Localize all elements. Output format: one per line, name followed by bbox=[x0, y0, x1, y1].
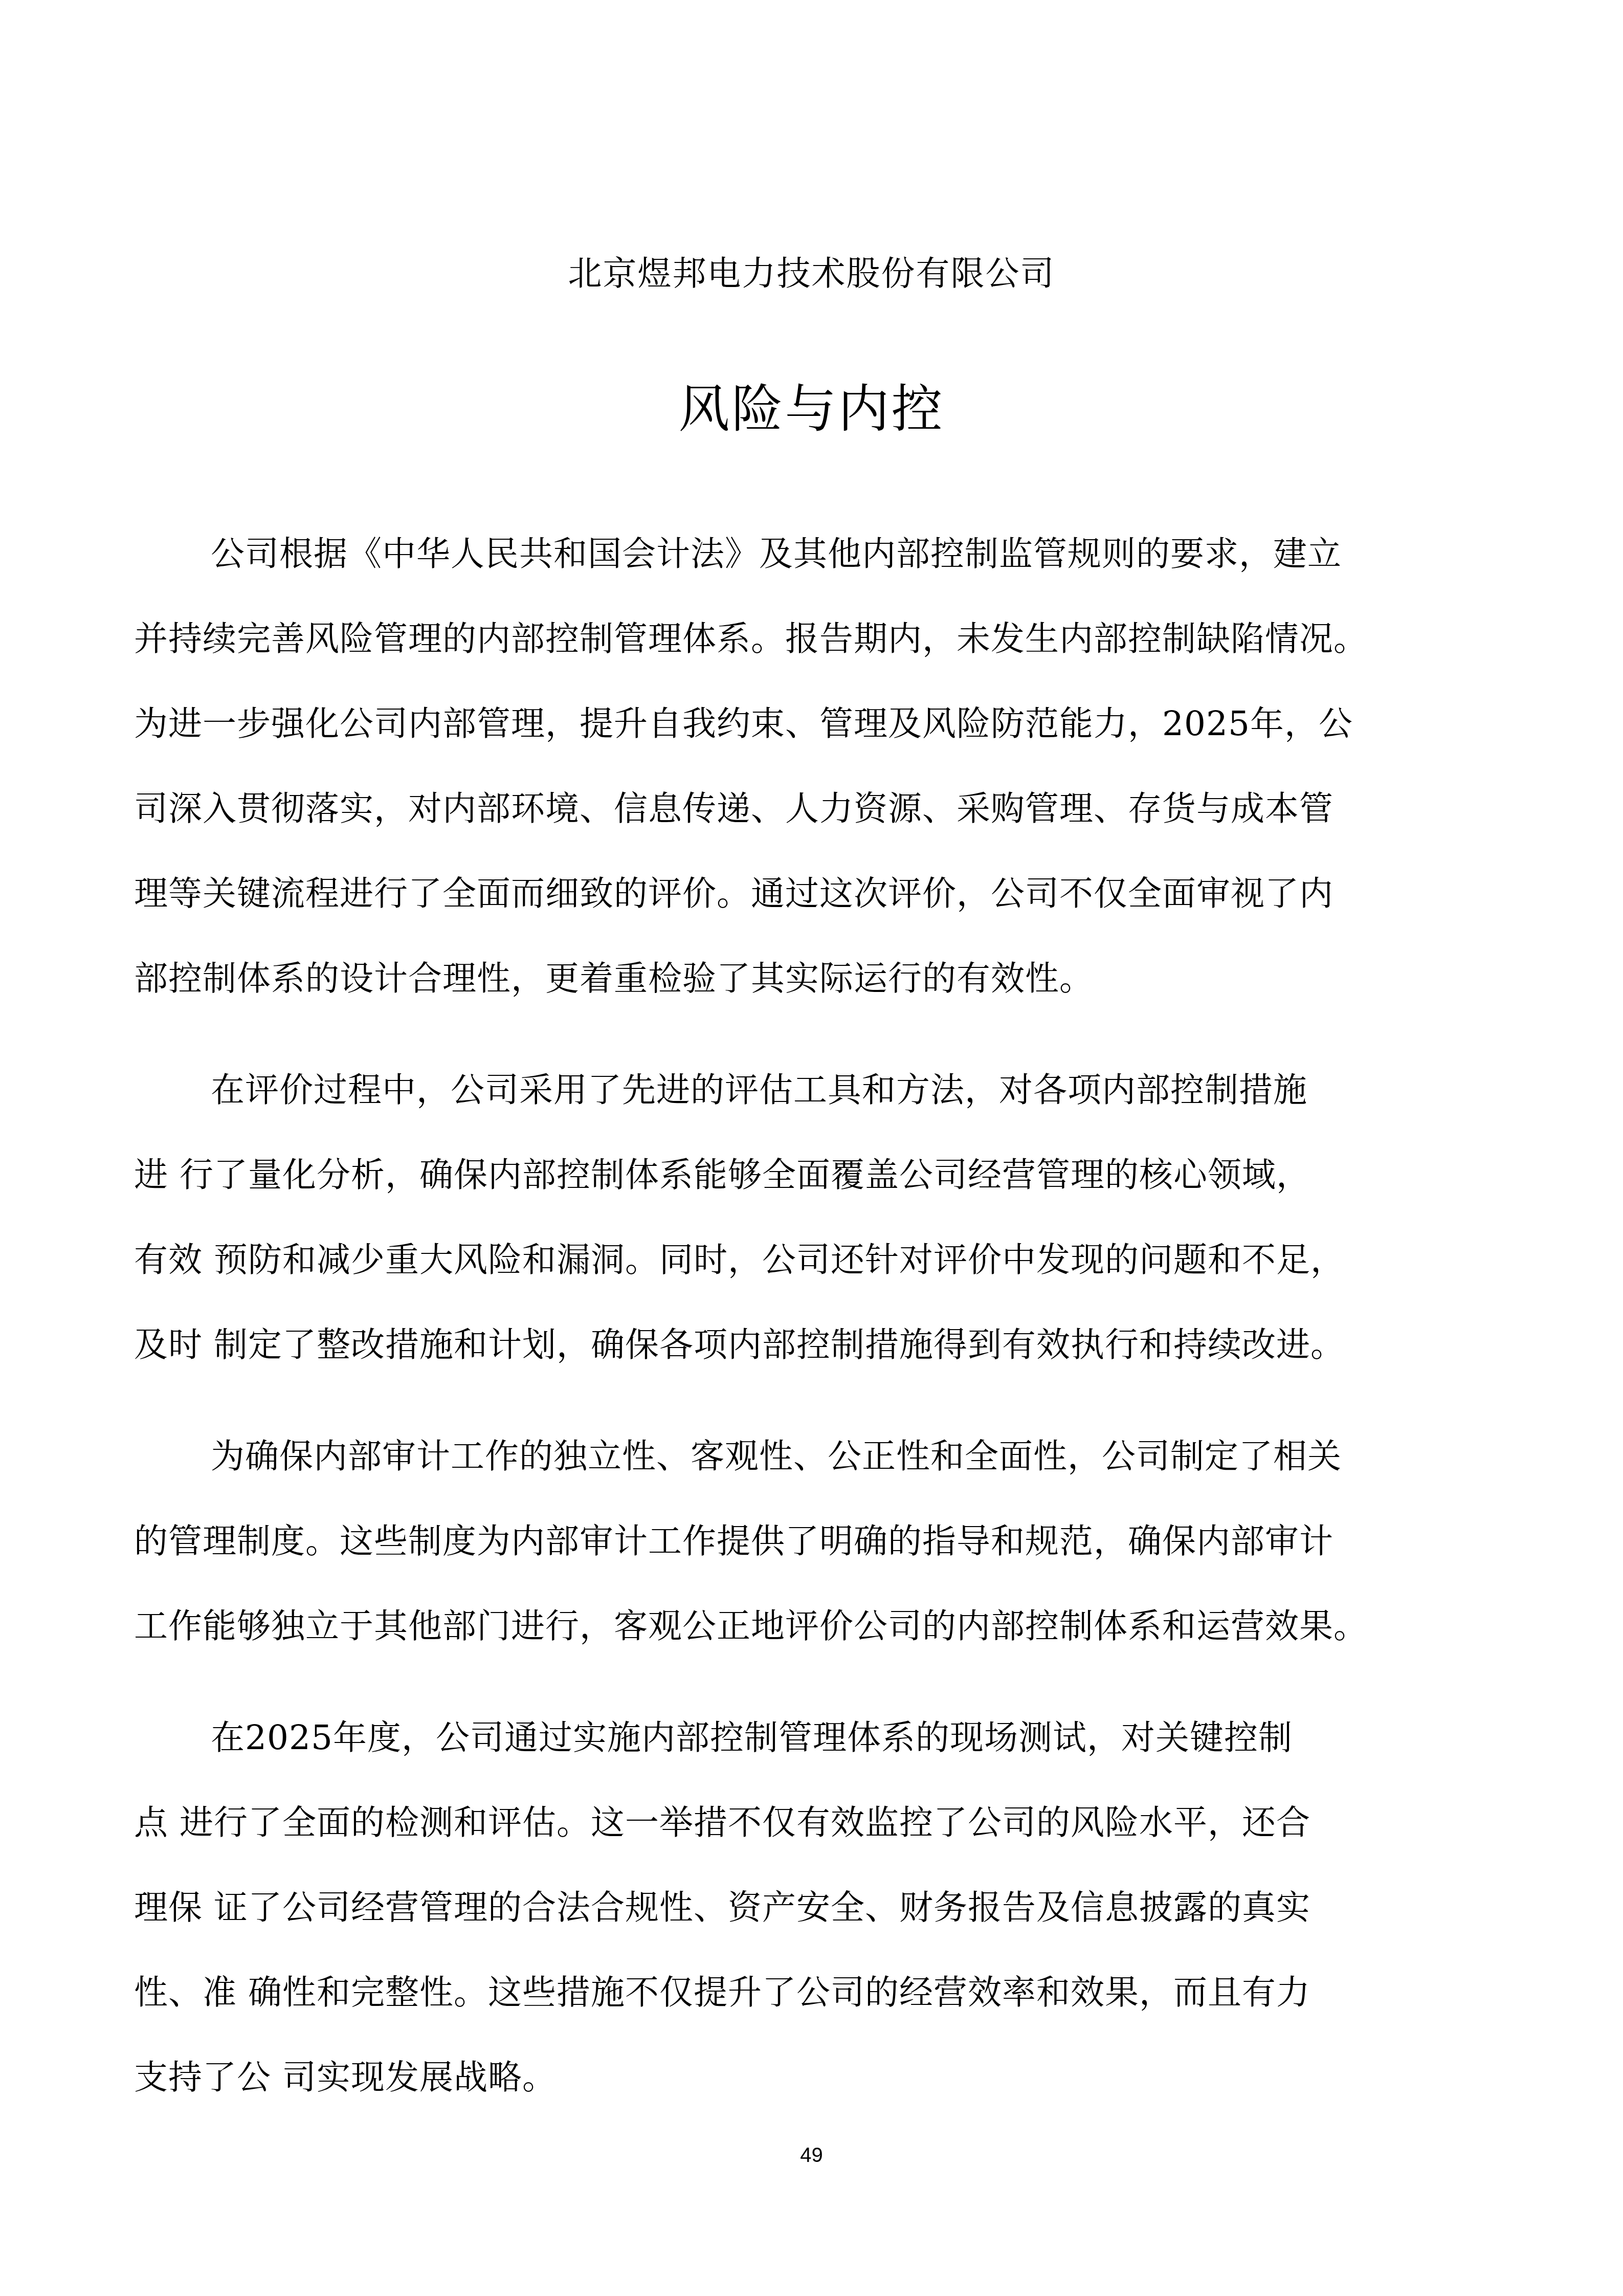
paragraph-line: 性、准 确性和完整性。这些措施不仅提升了公司的经营效率和效果，而且有力 bbox=[134, 1950, 1495, 2035]
paragraph-line: 为确保内部审计工作的独立性、客观性、公正性和全面性，公司制定了相关 bbox=[134, 1414, 1495, 1499]
page-number: 49 bbox=[0, 2143, 1623, 2168]
paragraph-line: 的管理制度。这些制度为内部审计工作提供了明确的指导和规范，确保内部审计 bbox=[134, 1499, 1495, 1584]
paragraph-line: 为进一步强化公司内部管理，提升自我约束、管理及风险防范能力，2025年，公 bbox=[134, 681, 1495, 766]
paragraph-line: 在评价过程中，公司采用了先进的评估工具和方法，对各项内部控制措施 bbox=[134, 1048, 1495, 1133]
paragraph-line: 并持续完善风险管理的内部控制管理体系。报告期内，未发生内部控制缺陷情况。 bbox=[134, 597, 1495, 681]
paragraph-line: 进 行了量化分析，确保内部控制体系能够全面覆盖公司经营管理的核心领域， bbox=[134, 1133, 1495, 1218]
paragraph-line: 点 进行了全面的检测和评估。这一举措不仅有效监控了公司的风险水平，还合 bbox=[134, 1780, 1495, 1865]
paragraph-line: 工作能够独立于其他部门进行，客观公正地评价公司的内部控制体系和运营效果。 bbox=[134, 1584, 1495, 1669]
paragraph-line: 支持了公 司实现发展战略。 bbox=[134, 2035, 1495, 2120]
paragraph-evaluation-process: 在评价过程中，公司采用了先进的评估工具和方法，对各项内部控制措施 进 行了量化分… bbox=[134, 1048, 1495, 1387]
paragraph-line: 公司根据《中华人民共和国会计法》及其他内部控制监管规则的要求，建立 bbox=[134, 512, 1495, 597]
section-title: 风险与内控 bbox=[0, 376, 1623, 443]
paragraph-line: 理等关键流程进行了全面而细致的评价。通过这次评价，公司不仅全面审视了内 bbox=[134, 851, 1495, 936]
paragraph-line: 及时 制定了整改措施和计划，确保各项内部控制措施得到有效执行和持续改进。 bbox=[134, 1302, 1495, 1387]
paragraph-line: 有效 预防和减少重大风险和漏洞。同时，公司还针对评价中发现的问题和不足， bbox=[134, 1218, 1495, 1302]
body-text: 公司根据《中华人民共和国会计法》及其他内部控制监管规则的要求，建立 并持续完善风… bbox=[134, 512, 1495, 2120]
paragraph-line: 在2025年度，公司通过实施内部控制管理体系的现场测试，对关键控制 bbox=[134, 1695, 1495, 1780]
paragraph-internal-control-system: 公司根据《中华人民共和国会计法》及其他内部控制监管规则的要求，建立 并持续完善风… bbox=[134, 512, 1495, 1021]
paragraph-line: 理保 证了公司经营管理的合法合规性、资产安全、财务报告及信息披露的真实 bbox=[134, 1865, 1495, 1950]
paragraph-internal-audit: 为确保内部审计工作的独立性、客观性、公正性和全面性，公司制定了相关 的管理制度。… bbox=[134, 1414, 1495, 1669]
paragraph-field-testing: 在2025年度，公司通过实施内部控制管理体系的现场测试，对关键控制 点 进行了全… bbox=[134, 1695, 1495, 2120]
paragraph-line: 司深入贯彻落实，对内部环境、信息传递、人力资源、采购管理、存货与成本管 bbox=[134, 766, 1495, 851]
paragraph-line: 部控制体系的设计合理性，更着重检验了其实际运行的有效性。 bbox=[134, 936, 1495, 1021]
company-name: 北京煜邦电力技术股份有限公司 bbox=[0, 251, 1623, 297]
